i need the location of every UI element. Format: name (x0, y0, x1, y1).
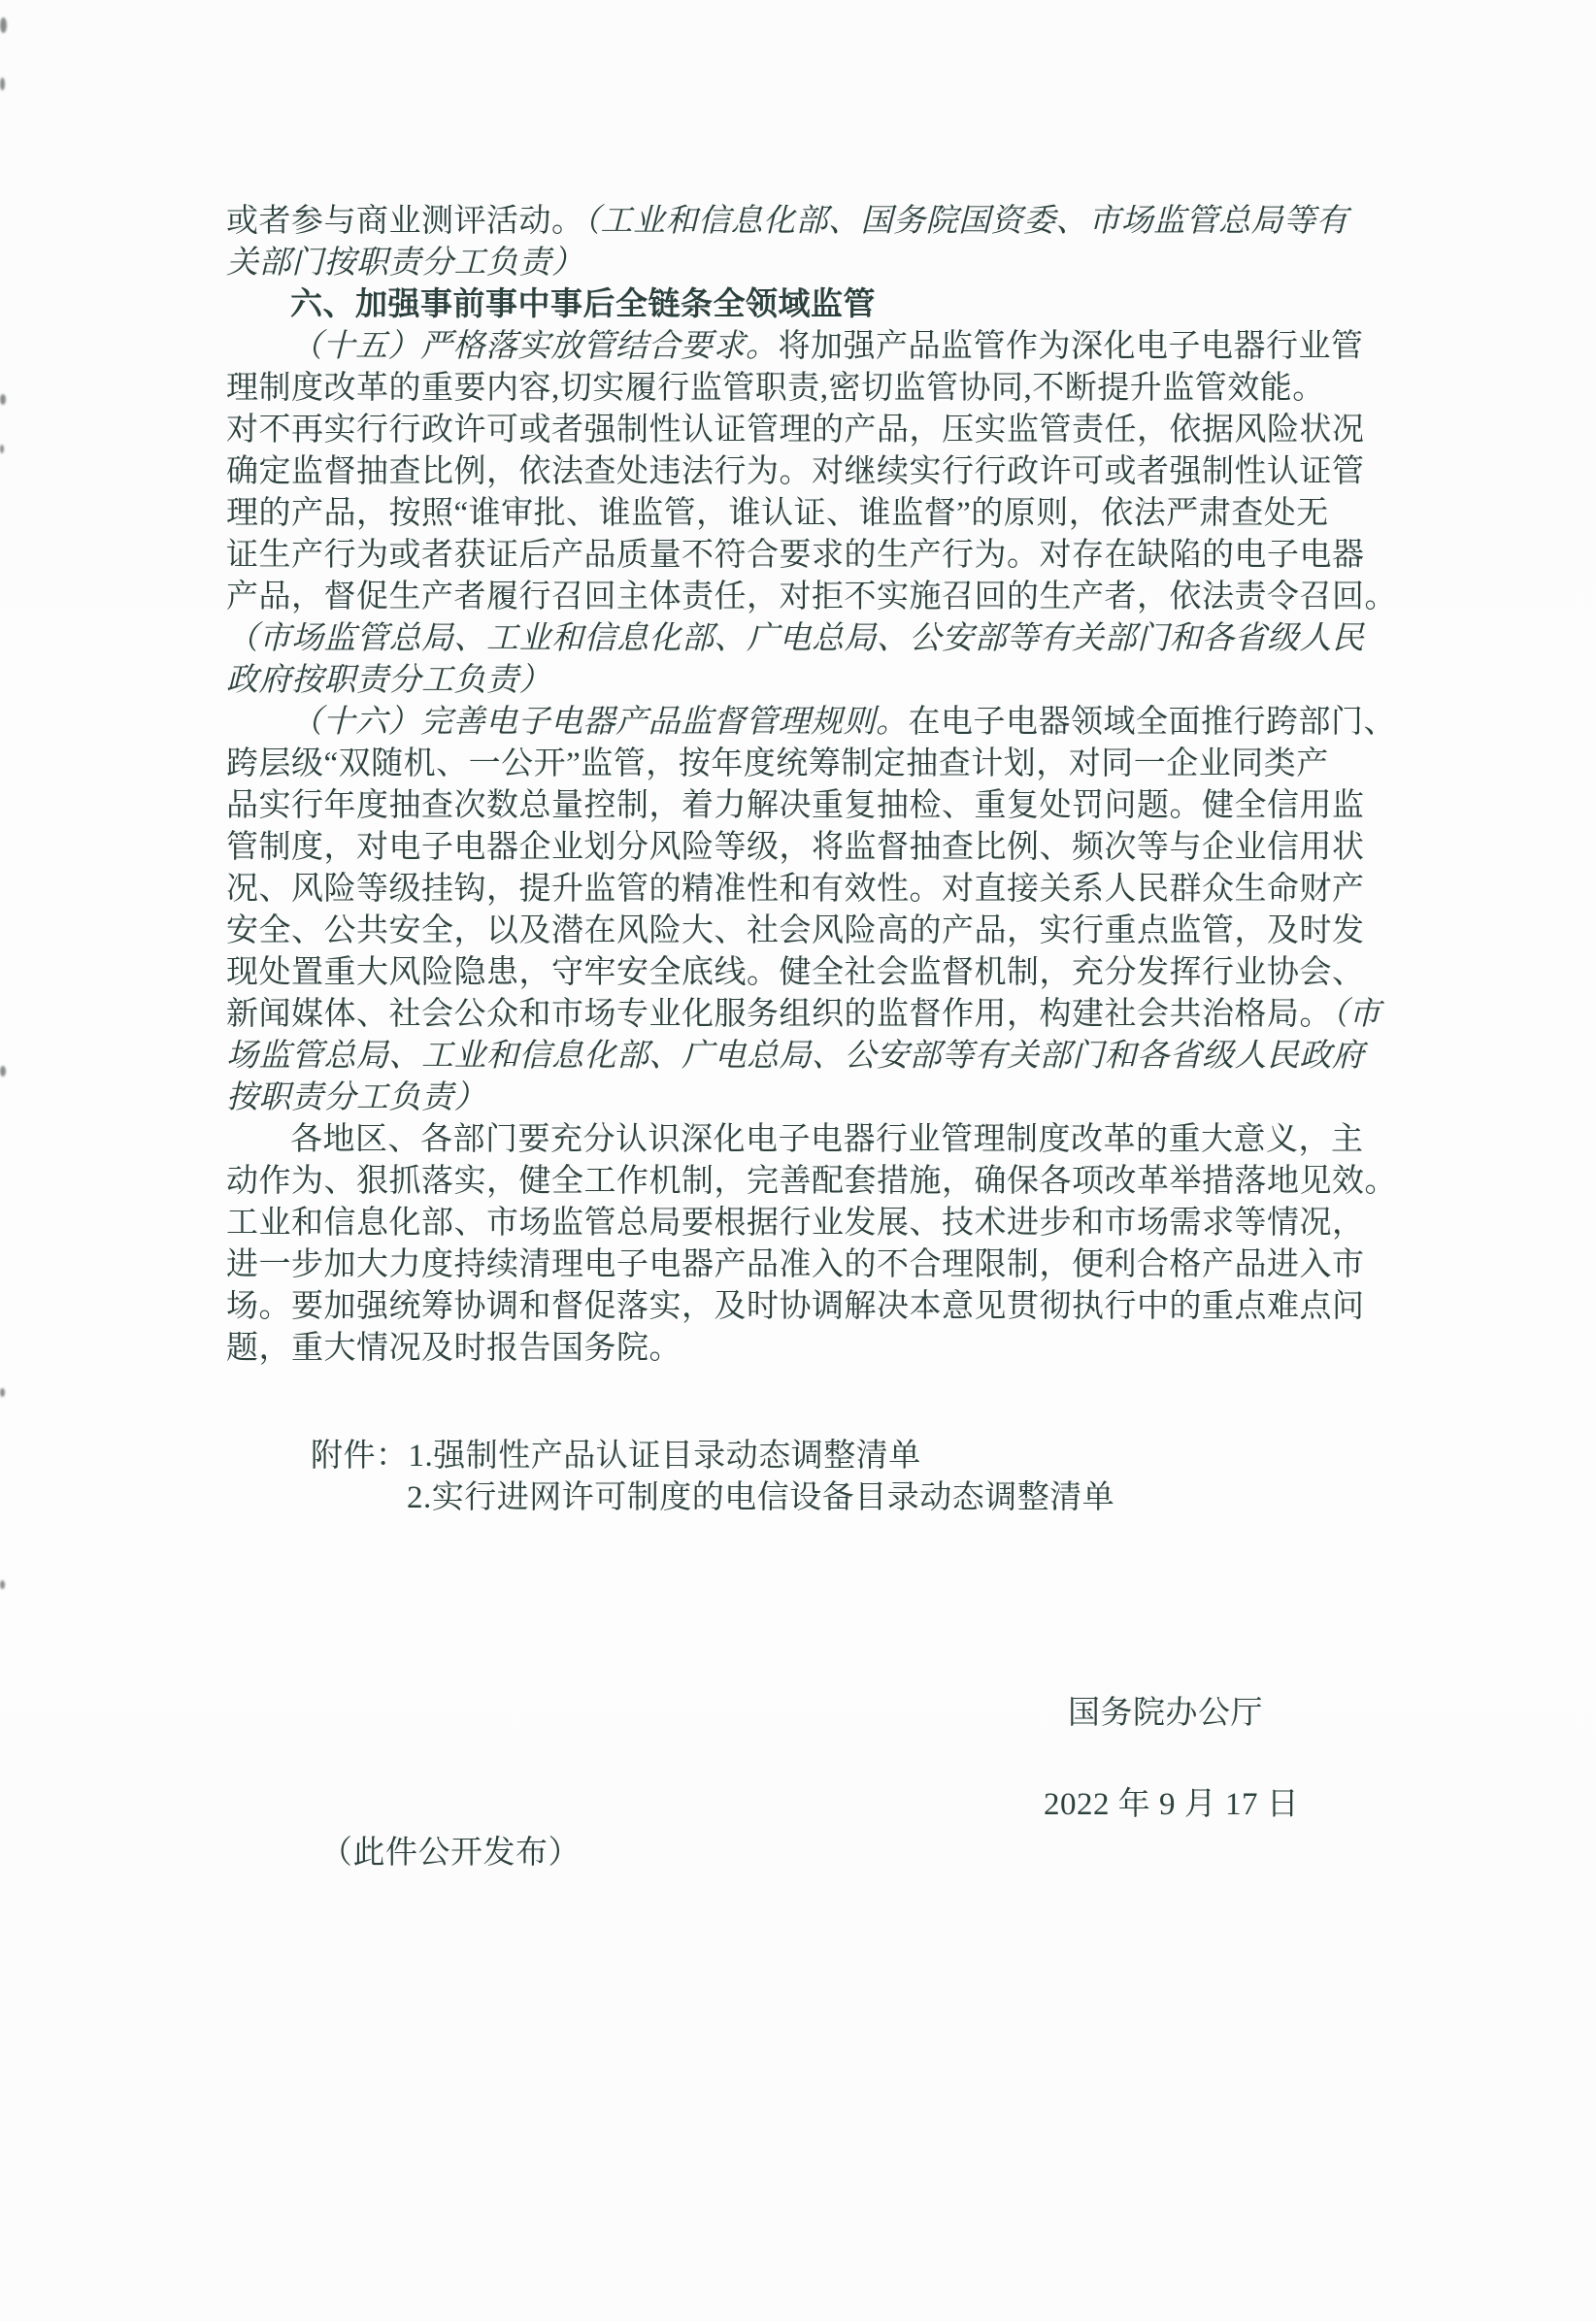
body-text: 或者参与商业测评活动。 (226, 204, 584, 239)
text-line: 管制度，对电子电器企业划分风险等级，将监督抽查比例、频次等与企业信用状 (226, 827, 1367, 869)
body-text: 新闻媒体、社会公众和市场专业化服务组织的监督作用，构建社会共治格局。 (226, 997, 1332, 1032)
attribution-text: 场监管总局、工业和信息化部、广电总局、公安部等有关部门和各省级人民政府 (226, 1039, 1365, 1074)
document-body: 或者参与商业测评活动。（工业和信息化部、国务院国资委、市场监管总局等有关部门按职… (226, 201, 1367, 1370)
text-line: （市场监管总局、工业和信息化部、广电总局、公安部等有关部门和各省级人民 (226, 618, 1367, 660)
text-line: 安全、公共安全，以及潜在风险大、社会风险高的产品，实行重点监管，及时发 (226, 911, 1367, 952)
body-text: 证生产行为或者获证后产品质量不符合要求的生产行为。对存在缺陷的电子电器 (226, 538, 1365, 573)
text-line: 各地区、各部门要充分认识深化电子电器行业管理制度改革的重大意义，主 (226, 1119, 1367, 1161)
text-line: （十六）完善电子电器产品监督管理规则。在电子电器领域全面推行跨部门、 (226, 702, 1367, 744)
scan-artifact (0, 1580, 5, 1589)
attachment-section: 附件：1.强制性产品认证目录动态调整清单 2.实行进网许可制度的电信设备目录动态… (311, 1436, 1114, 1519)
text-line: 确定监督抽查比例，依法查处违法行为。对继续实行行政许可或者强制性认证管 (226, 451, 1367, 493)
attachment-label: 附件： (311, 1439, 409, 1474)
text-line: 进一步加大力度持续清理电子电器产品准入的不合理限制，便利合格产品进入市 (226, 1244, 1367, 1286)
attachment-line-2: 2.实行进网许可制度的电信设备目录动态调整清单 (311, 1477, 1114, 1519)
section-heading-text: 六、加强事前事中事后全链条全领域监管 (290, 287, 876, 322)
body-text: 在电子电器领域全面推行跨部门、 (909, 705, 1397, 740)
text-line: 跨层级“双随机、一公开”监管，按年度统筹制定抽查计划，对同一企业同类产 (226, 744, 1367, 785)
scan-artifact (0, 1066, 6, 1077)
text-line: 产品，督促生产者履行召回主体责任，对拒不实施召回的生产者，依法责令召回。 (226, 577, 1367, 618)
text-line: 现处置重大风险隐患，守牢安全底线。健全社会监督机制，充分发挥行业协会、 (226, 952, 1367, 994)
attribution-text: （十六）完善电子电器产品监督管理规则。 (290, 705, 909, 740)
body-text: 现处置重大风险隐患，守牢安全底线。健全社会监督机制，充分发挥行业协会、 (226, 955, 1365, 990)
body-text: 产品，督促生产者履行召回主体责任，对拒不实施召回的生产者，依法责令召回。 (226, 580, 1397, 614)
body-text: 确定监督抽查比例，依法查处违法行为。对继续实行行政许可或者强制性认证管 (226, 454, 1365, 489)
text-line: 政府按职责分工负责） (226, 660, 1367, 702)
text-line: （十五）严格落实放管结合要求。将加强产品监管作为深化电子电器行业管 (226, 326, 1367, 368)
body-text: 况、风险等级挂钩，提升监管的精准性和有效性。对直接关系人民群众生命财产 (226, 872, 1365, 907)
issuer-signature: 国务院办公厅 (1068, 1693, 1263, 1735)
text-line: 品实行年度抽查次数总量控制，着力解决重复抽检、重复处罚问题。健全信用监 (226, 785, 1367, 827)
text-line: 况、风险等级挂钩，提升监管的精准性和有效性。对直接关系人民群众生命财产 (226, 869, 1367, 911)
body-text: 工业和信息化部、市场监管总局要根据行业发展、技术进步和市场需求等情况， (226, 1206, 1365, 1241)
text-line: 关部门按职责分工负责） (226, 243, 1367, 284)
body-text: 动作为、狠抓落实，健全工作机制，完善配套措施，确保各项改革举措落地见效。 (226, 1164, 1397, 1199)
attribution-text: （市 (1332, 997, 1381, 1032)
attachment-item-2: 2.实行进网许可制度的电信设备目录动态调整清单 (407, 1480, 1114, 1515)
body-text: 理的产品，按照“谁审批、谁监管，谁认证、谁监督”的原则，依法严肃查处无 (226, 496, 1329, 531)
body-text: 进一步加大力度持续清理电子电器产品准入的不合理限制，便利合格产品进入市 (226, 1247, 1365, 1282)
attribution-text: （市场监管总局、工业和信息化部、广电总局、公安部等有关部门和各省级人民 (226, 621, 1365, 656)
body-text: 管制度，对电子电器企业划分风险等级，将监督抽查比例、频次等与企业信用状 (226, 830, 1365, 865)
text-line: 场。要加强统筹协调和督促落实，及时协调解决本意见贯彻执行中的重点难点问 (226, 1286, 1367, 1328)
scan-artifact (0, 394, 6, 405)
text-line: 按职责分工负责） (226, 1078, 1367, 1119)
text-line: 理的产品，按照“谁审批、谁监管，谁认证、谁监督”的原则，依法严肃查处无 (226, 493, 1367, 535)
scan-artifact (0, 17, 7, 33)
attribution-text: （十五）严格落实放管结合要求。 (290, 329, 779, 364)
text-line: 题，重大情况及时报告国务院。 (226, 1328, 1367, 1370)
body-text: 题，重大情况及时报告国务院。 (226, 1331, 682, 1366)
text-line: 或者参与商业测评活动。（工业和信息化部、国务院国资委、市场监管总局等有 (226, 201, 1367, 243)
attribution-text: 政府按职责分工负责） (226, 663, 551, 698)
text-line: 工业和信息化部、市场监管总局要根据行业发展、技术进步和市场需求等情况， (226, 1203, 1367, 1244)
attachment-item-1: 1.强制性产品认证目录动态调整清单 (409, 1439, 921, 1474)
text-line: 新闻媒体、社会公众和市场专业化服务组织的监督作用，构建社会共治格局。（市 (226, 994, 1367, 1036)
text-line: 动作为、狠抓落实，健全工作机制，完善配套措施，确保各项改革举措落地见效。 (226, 1161, 1367, 1203)
text-line: 理制度改革的重要内容,切实履行监管职责,密切监管协同,不断提升监管效能。 (226, 368, 1367, 410)
attribution-text: 按职责分工负责） (226, 1080, 486, 1115)
public-release-note: （此件公开发布） (320, 1833, 581, 1874)
issue-date: 2022 年 9 月 17 日 (1044, 1784, 1299, 1826)
body-text: 各地区、各部门要充分认识深化电子电器行业管理制度改革的重大意义，主 (290, 1122, 1364, 1157)
text-line: 六、加强事前事中事后全链条全领域监管 (226, 284, 1367, 326)
scan-artifact (0, 445, 4, 453)
text-line: 证生产行为或者获证后产品质量不符合要求的生产行为。对存在缺陷的电子电器 (226, 535, 1367, 577)
body-text: 场。要加强统筹协调和督促落实，及时协调解决本意见贯彻执行中的重点难点问 (226, 1289, 1365, 1324)
body-text: 对不再实行行政许可或者强制性认证管理的产品，压实监管责任，依据风险状况 (226, 413, 1365, 448)
text-line: 对不再实行行政许可或者强制性认证管理的产品，压实监管责任，依据风险状况 (226, 410, 1367, 451)
body-text: 安全、公共安全，以及潜在风险大、社会风险高的产品，实行重点监管，及时发 (226, 913, 1365, 948)
body-text: 理制度改革的重要内容,切实履行监管职责,密切监管协同,不断提升监管效能。 (226, 371, 1325, 406)
scan-artifact (0, 78, 5, 90)
attribution-text: （工业和信息化部、国务院国资委、市场监管总局等有 (584, 204, 1349, 239)
body-text: 跨层级“双随机、一公开”监管，按年度统筹制定抽查计划，对同一企业同类产 (226, 746, 1329, 781)
text-line: 场监管总局、工业和信息化部、广电总局、公安部等有关部门和各省级人民政府 (226, 1036, 1367, 1078)
scan-artifact (0, 1388, 5, 1397)
attachment-line-1: 附件：1.强制性产品认证目录动态调整清单 (311, 1436, 1114, 1477)
attribution-text: 关部门按职责分工负责） (226, 246, 584, 281)
body-text: 品实行年度抽查次数总量控制，着力解决重复抽检、重复处罚问题。健全信用监 (226, 788, 1365, 823)
body-text: 将加强产品监管作为深化电子电器行业管 (779, 329, 1364, 364)
